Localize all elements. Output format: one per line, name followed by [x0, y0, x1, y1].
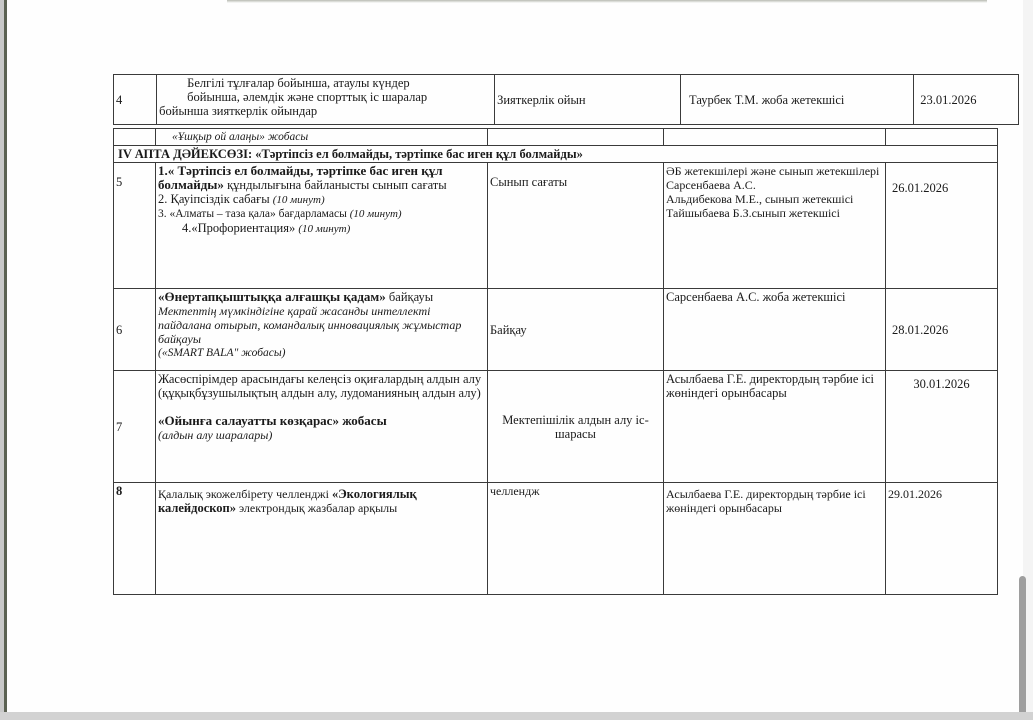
event-cell: Белгілі тұлғалар бойынша, атаулы күндер …	[157, 75, 495, 125]
date-cell: 26.01.2026	[886, 163, 998, 289]
viewer-bottom-bar	[0, 712, 1033, 720]
table-row: 4 Белгілі тұлғалар бойынша, атаулы күнде…	[114, 75, 1019, 125]
event-line: бойынша зияткерлік ойындар	[159, 104, 492, 118]
date-cell: 29.01.2026	[886, 483, 998, 595]
date-cell: 30.01.2026	[886, 371, 998, 483]
event-item: 2. Қауіпсіздік сабағы (10 минут)	[158, 192, 485, 207]
event-item: 4.«Профориентация» (10 минут)	[158, 221, 485, 236]
form-cell: Мектепішілік алдын алу іс-шарасы	[488, 371, 664, 483]
scrollbar-thumb[interactable]	[1019, 576, 1026, 716]
responsible-cell: Таурбек Т.М. жоба жетекшісі	[681, 75, 914, 125]
form-cell: Байқау	[488, 289, 664, 371]
row-number: 4	[114, 75, 157, 125]
form-cell: Сынып сағаты	[488, 163, 664, 289]
event-table-main: «Ұшқыр ой алаңы» жобасы IV АПТА ДӘЙЕКСӨЗ…	[113, 128, 998, 595]
responsible-cell: Асылбаева Г.Е. директордың тәрбие ісі жө…	[664, 371, 886, 483]
row-number: 7	[114, 371, 156, 483]
event-title: «Өнертапқыштыққа алғашқы қадам»	[158, 289, 386, 304]
responsible-cell: Сарсенбаева А.С. жоба жетекшісі	[664, 289, 886, 371]
date-cell: 23.01.2026	[914, 75, 1019, 125]
table-row: 8 Қалалық экожелбірету челленджі «Эколог…	[114, 483, 998, 595]
project-caption-row: «Ұшқыр ой алаңы» жобасы	[114, 129, 998, 146]
event-project: «Ойынға салауатты көзқарас» жобасы	[158, 414, 485, 428]
event-description: Мектептің мүмкіндігіне қарай жасанды инт…	[158, 304, 485, 346]
event-line: бойынша, әлемдік және спорттық іс шарала…	[159, 90, 492, 104]
event-cell: 1.« Тәртіпсіз ел болмайды, тәртіпке бас …	[156, 163, 488, 289]
row-number: 5	[114, 163, 156, 289]
event-cell: «Өнертапқыштыққа алғашқы қадам» байқауы …	[156, 289, 488, 371]
event-cell: Жасөспірімдер арасындағы келеңсіз оқиғал…	[156, 371, 488, 483]
row-number: 6	[114, 289, 156, 371]
event-table-top: 4 Белгілі тұлғалар бойынша, атаулы күнде…	[113, 74, 1019, 125]
responsible-cell: ӘБ жетекшілері және сынып жетекшілері Са…	[664, 163, 886, 289]
table-row: 6 «Өнертапқыштыққа алғашқы қадам» байқау…	[114, 289, 998, 371]
document-viewer: 4 Белгілі тұлғалар бойынша, атаулы күнде…	[0, 0, 1033, 720]
event-project: («SMART BALA" жобасы)	[158, 346, 485, 360]
event-text: Жасөспірімдер арасындағы келеңсіз оқиғал…	[158, 372, 485, 400]
form-cell: Зияткерлік ойын	[495, 75, 681, 125]
event-line: Белгілі тұлғалар бойынша, атаулы күндер	[159, 76, 492, 90]
page-top-shadow	[227, 0, 987, 3]
form-cell: челлендж	[488, 483, 664, 595]
event-text: құндылығына байланысты сынып сағаты	[224, 178, 447, 192]
project-caption: «Ұшқыр ой алаңы» жобасы	[156, 129, 488, 146]
date-cell: 28.01.2026	[886, 289, 998, 371]
week-heading: IV АПТА ДӘЙЕКСӨЗІ: «Тәртіпсіз ел болмайд…	[114, 146, 998, 163]
event-cell: Қалалық экожелбірету челленджі «Экология…	[156, 483, 488, 595]
event-item: 3. «Алматы – таза қала» бағдарламасы (10…	[158, 207, 485, 221]
event-note: (алдын алу шаралары)	[158, 428, 485, 442]
week-heading-row: IV АПТА ДӘЙЕКСӨЗІ: «Тәртіпсіз ел болмайд…	[114, 146, 998, 163]
row-number: 8	[114, 483, 156, 595]
table-row: 7 Жасөспірімдер арасындағы келеңсіз оқиғ…	[114, 371, 998, 483]
responsible-cell: Асылбаева Г.Е. директордың тәрбие ісі жө…	[664, 483, 886, 595]
table-row: 5 1.« Тәртіпсіз ел болмайды, тәртіпке ба…	[114, 163, 998, 289]
